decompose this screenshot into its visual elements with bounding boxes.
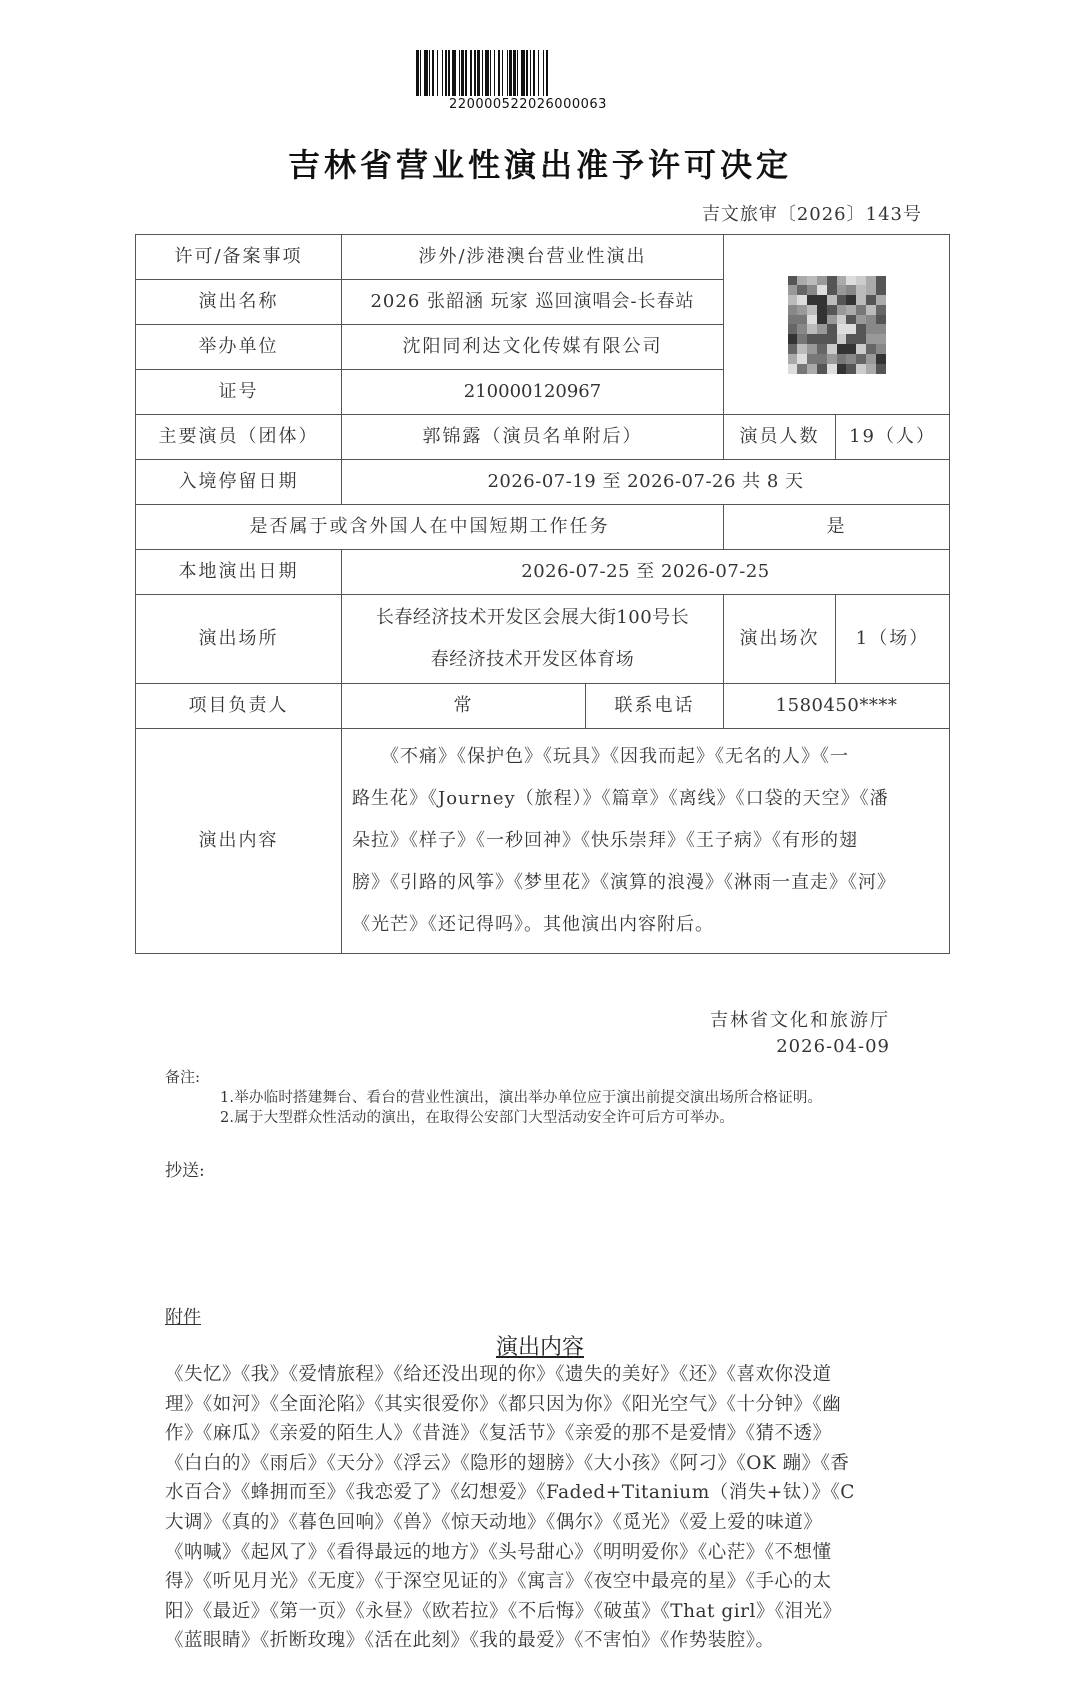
remarks-label: 备注: bbox=[165, 1066, 200, 1087]
sessions-label: 演出场次 bbox=[724, 595, 836, 684]
issuer-name: 吉林省文化和旅游厅 bbox=[710, 1006, 890, 1032]
license-no-value: 210000120967 bbox=[342, 370, 724, 415]
attachment-line: 水百合》《蜂拥而至》《我恋爱了》《幻想爱》《Faded+Titanium（消失+… bbox=[165, 1478, 925, 1508]
content-line: 膀》《引路的风筝》《梦里花》《演算的浪漫》《淋雨一直走》《河》 bbox=[352, 862, 939, 904]
table-row: 项目负责人 常 联系电话 1580450**** bbox=[136, 684, 950, 729]
sessions-value: 1（场） bbox=[836, 595, 950, 684]
attachment-line: 《蓝眼睛》《折断玫瑰》《活在此刻》《我的最爱》《不害怕》《作势装腔》。 bbox=[165, 1626, 925, 1656]
manager-value: 常 bbox=[342, 684, 586, 729]
attachment-title-text: 演出内容 bbox=[496, 1335, 584, 1360]
content-value: 《不痛》《保护色》《玩具》《因我而起》《无名的人》《一 路生花》《Journey… bbox=[342, 729, 950, 954]
permit-table: 许可/备案事项 涉外/涉港澳台营业性演出 演出名称 2026 张韶涵 玩家 巡回… bbox=[135, 234, 950, 954]
attachment-label: 附件 bbox=[165, 1303, 201, 1329]
content-line: 朵拉》《样子》《一秒回神》《快乐崇拜》《王子病》《有形的翅 bbox=[352, 820, 939, 862]
attachment-line: 理》《如河》《全面沦陷》《其实很爱你》《都只因为你》《阳光空气》《十分钟》《幽 bbox=[165, 1390, 925, 1420]
attachment-title: 演出内容 bbox=[0, 1330, 1080, 1361]
table-row: 演出内容 《不痛》《保护色》《玩具》《因我而起》《无名的人》《一 路生花》《Jo… bbox=[136, 729, 950, 954]
content-line: 《光芒》《还记得吗》。其他演出内容附后。 bbox=[352, 904, 939, 946]
attachment-line: 《白白的》《雨后》《天分》《浮云》《隐形的翅膀》《大小孩》《阿刁》《OK 蹦》《… bbox=[165, 1449, 925, 1479]
permit-item-value: 涉外/涉港澳台营业性演出 bbox=[342, 235, 724, 280]
performer-count-value: 19（人） bbox=[836, 415, 950, 460]
performer-count-label: 演员人数 bbox=[724, 415, 836, 460]
phone-label: 联系电话 bbox=[586, 684, 724, 729]
attachment-line: 阳》《最近》《第一页》《永昼》《欧若拉》《不后悔》《破茧》《That girl》… bbox=[165, 1597, 925, 1627]
organizer-label: 举办单位 bbox=[136, 325, 342, 370]
phone-value: 1580450**** bbox=[724, 684, 950, 729]
foreign-work-label: 是否属于或含外国人在中国短期工作任务 bbox=[136, 505, 724, 550]
main-performer-value: 郭锦露（演员名单附后） bbox=[342, 415, 724, 460]
attachment-line: 得》《听见月光》《无度》《于深空见证的》《寓言》《夜空中最亮的星》《手心的太 bbox=[165, 1567, 925, 1597]
barcode-icon bbox=[416, 50, 638, 96]
attachment-line: 作》《麻瓜》《亲爱的陌生人》《昔涟》《复活节》《亲爱的那不是爱情》《猜不透》 bbox=[165, 1419, 925, 1449]
venue-value: 长春经济技术开发区会展大街100号长 春经济技术开发区体育场 bbox=[342, 595, 724, 684]
page-title: 吉林省营业性演出准予许可决定 bbox=[0, 140, 1080, 186]
manager-label: 项目负责人 bbox=[136, 684, 342, 729]
foreign-work-value: 是 bbox=[724, 505, 950, 550]
content-line: 路生花》《Journey（旅程）》《篇章》《离线》《口袋的天空》《潘 bbox=[352, 778, 939, 820]
permit-item-label: 许可/备案事项 bbox=[136, 235, 342, 280]
table-row: 主要演员（团体） 郭锦露（演员名单附后） 演员人数 19（人） bbox=[136, 415, 950, 460]
attachment-line: 《失忆》《我》《爱情旅程》《给还没出现的你》《遗失的美好》《还》《喜欢你没道 bbox=[165, 1360, 925, 1390]
content-label: 演出内容 bbox=[136, 729, 342, 954]
entry-stay-label: 入境停留日期 bbox=[136, 460, 342, 505]
table-row: 是否属于或含外国人在中国短期工作任务 是 bbox=[136, 505, 950, 550]
table-row: 许可/备案事项 涉外/涉港澳台营业性演出 bbox=[136, 235, 950, 280]
main-performer-label: 主要演员（团体） bbox=[136, 415, 342, 460]
venue-label: 演出场所 bbox=[136, 595, 342, 684]
content-line: 《不痛》《保护色》《玩具》《因我而起》《无名的人》《一 bbox=[352, 736, 939, 778]
entry-stay-value: 2026-07-19 至 2026-07-26 共 8 天 bbox=[342, 460, 950, 505]
attachment-body: 《失忆》《我》《爱情旅程》《给还没出现的你》《遗失的美好》《还》《喜欢你没道 理… bbox=[165, 1360, 925, 1656]
table-row: 本地演出日期 2026-07-25 至 2026-07-25 bbox=[136, 550, 950, 595]
show-name-value: 2026 张韶涵 玩家 巡回演唱会-长春站 bbox=[342, 280, 724, 325]
remark-item: 1.举办临时搭建舞台、看台的营业性演出，演出举办单位应于演出前提交演出场所合格证… bbox=[220, 1086, 822, 1107]
issue-date: 2026-04-09 bbox=[776, 1036, 890, 1057]
attachment-line: 大调》《真的》《暮色回响》《兽》《惊天动地》《偶尔》《觅光》《爱上爱的味道》 bbox=[165, 1508, 925, 1538]
permit-document: 220000522026000063 吉林省营业性演出准予许可决定 吉文旅审〔2… bbox=[0, 0, 1080, 1688]
table-row: 入境停留日期 2026-07-19 至 2026-07-26 共 8 天 bbox=[136, 460, 950, 505]
remark-item: 2.属于大型群众性活动的演出，在取得公安部门大型活动安全许可后方可举办。 bbox=[220, 1106, 734, 1127]
document-number: 吉文旅审〔2026〕143号 bbox=[702, 200, 922, 226]
local-date-label: 本地演出日期 bbox=[136, 550, 342, 595]
qr-code-icon bbox=[788, 276, 886, 374]
show-name-label: 演出名称 bbox=[136, 280, 342, 325]
venue-line-2: 春经济技术开发区体育场 bbox=[348, 639, 717, 681]
attachment-line: 《呐喊》《起风了》《看得最远的地方》《头号甜心》《明明爱你》《心茫》《不想懂 bbox=[165, 1538, 925, 1568]
venue-line-1: 长春经济技术开发区会展大街100号长 bbox=[348, 597, 717, 639]
cc-label: 抄送: bbox=[165, 1156, 205, 1181]
qr-code-cell bbox=[724, 235, 950, 415]
barcode-number: 220000522026000063 bbox=[410, 97, 646, 112]
table-row: 演出场所 长春经济技术开发区会展大街100号长 春经济技术开发区体育场 演出场次… bbox=[136, 595, 950, 684]
local-date-value: 2026-07-25 至 2026-07-25 bbox=[342, 550, 950, 595]
organizer-value: 沈阳同利达文化传媒有限公司 bbox=[342, 325, 724, 370]
license-no-label: 证号 bbox=[136, 370, 342, 415]
